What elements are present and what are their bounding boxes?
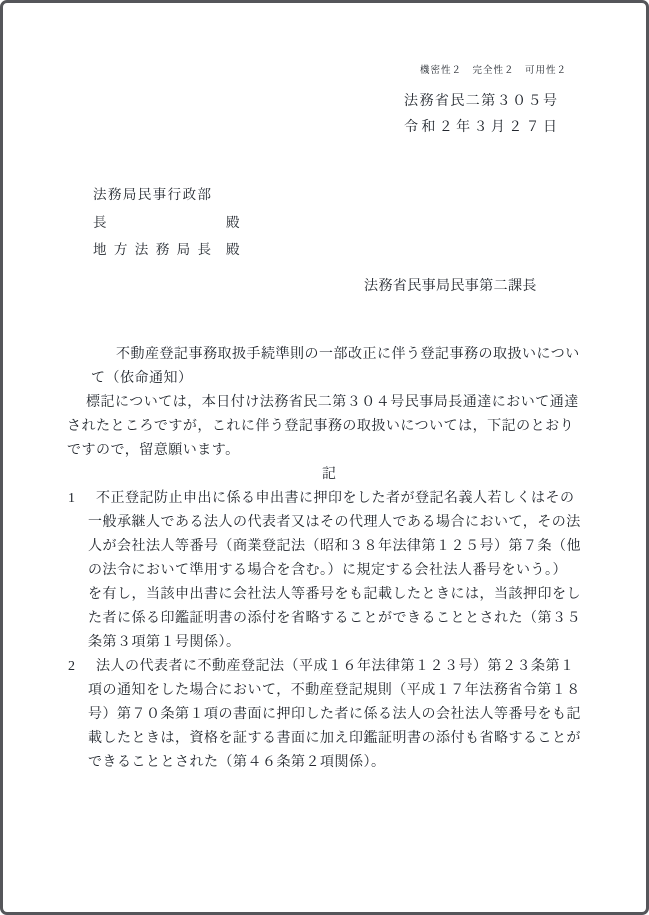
official-document-page: 機密性２ 完全性２ 可用性２ 法務省民二第３０５号 令和２年３月２７日 法務局民…	[0, 0, 649, 915]
item-number: 2	[68, 655, 76, 679]
text-line: て（依命通知）	[67, 367, 591, 391]
item-text: 法人の代表者に不動産登記法（平成１６年法律第１２３号）第２３条第１項の通知をした…	[88, 655, 591, 775]
text-line: 人が会社法人等番号（商業登記法（昭和３８年法律第１２５号）第７条（他	[88, 535, 591, 559]
text-line: 一般承継人である法人の代表者又はその代理人である場合において，その法	[88, 511, 591, 535]
text-line: 条第３項第１号関係）。	[88, 631, 591, 655]
record-marker: 記	[67, 463, 591, 487]
sender-title: 法務省民事局民事第二課長	[364, 275, 537, 295]
text-line: を有し，当該申出書に会社法人等番号をも記載したときには，当該押印をし	[88, 583, 591, 607]
addressee-name: 法務局民事行政部長	[93, 181, 211, 236]
text-line: 項の通知をした場合において，不動産登記規則（平成１７年法務省令第１８	[88, 679, 591, 703]
text-line: 法人の代表者に不動産登記法（平成１６年法律第１２３号）第２３条第１	[88, 655, 591, 679]
addressee-block: 法務局民事行政部長殿 地方法務局長殿	[93, 181, 240, 264]
text-line: 標記については，本日付け法務省民二第３０４号民事局長通達において通達	[67, 391, 591, 415]
addressee-honorific: 殿	[226, 242, 240, 257]
addressee-honorific: 殿	[226, 215, 240, 230]
document-number: 法務省民二第３０５号	[404, 89, 557, 115]
text-line: できることとされた（第４６条第２項関係）。	[88, 751, 591, 775]
intro-paragraph: 標記については，本日付け法務省民二第３０４号民事局長通達において通達されたところ…	[67, 391, 591, 463]
numbered-item-2: 2 法人の代表者に不動産登記法（平成１６年法律第１２３号）第２３条第１項の通知を…	[67, 655, 591, 775]
addressee-name: 地方法務局長	[93, 236, 211, 264]
addressee-row: 法務局民事行政部長殿	[93, 181, 240, 236]
text-line: 不正登記防止申出に係る申出書に押印をした者が登記名義人若しくはその	[88, 487, 591, 511]
item-number: 1	[68, 487, 76, 511]
text-line: た者に係る印鑑証明書の添付を省略することができることとされた（第３５	[88, 607, 591, 631]
text-line: ですので，留意願います。	[67, 439, 591, 463]
text-line: されたところですが，これに伴う登記事務の取扱いについては，下記のとおり	[67, 415, 591, 439]
text-line: の法令において準用する場合を含む。）に規定する会社法人番号をいう。）	[88, 559, 591, 583]
addressee-row: 地方法務局長殿	[93, 236, 240, 264]
document-subject: 不動産登記事務取扱手続準則の一部改正に伴う登記事務の取扱いについて（依命通知）	[67, 343, 591, 391]
security-classification-label: 機密性２ 完全性２ 可用性２	[420, 62, 567, 76]
document-header-block: 法務省民二第３０５号 令和２年３月２７日	[404, 89, 557, 140]
item-text: 不正登記防止申出に係る申出書に押印をした者が登記名義人若しくはその一般承継人であ…	[88, 487, 591, 655]
text-line: 載したときは，資格を証する書面に加え印鑑証明書の添付も省略することが	[88, 727, 591, 751]
numbered-item-1: 1 不正登記防止申出に係る申出書に押印をした者が登記名義人若しくはその一般承継人…	[67, 487, 591, 655]
document-body: 不動産登記事務取扱手続準則の一部改正に伴う登記事務の取扱いについて（依命通知） …	[67, 343, 591, 775]
text-line: 号）第７０条第１項の書面に押印した者に係る法人の会社法人等番号をも記	[88, 703, 591, 727]
document-date: 令和２年３月２７日	[404, 115, 557, 141]
text-line: 不動産登記事務取扱手続準則の一部改正に伴う登記事務の取扱いについ	[67, 343, 591, 367]
